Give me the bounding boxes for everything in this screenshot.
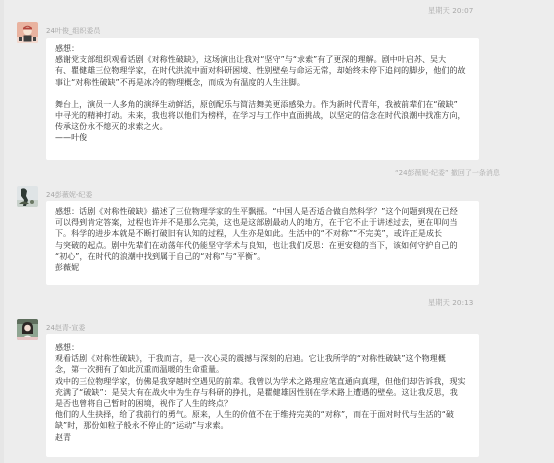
message-line: 充满了“破缺”：是吴大有在战火中为生存与科研的挣扎，是瞿健雄因性别在学术路上遭遇… [55, 387, 470, 398]
recall-notice: “24彭薇妮-纪委” 撤回了一条消息 [395, 168, 500, 178]
message-line: 戏中的三位物理学家，仿佛是我穿越时空遇见的前辈。我曾以为学术之路理应笔直通向真理… [55, 376, 470, 387]
message-line: 感想： [55, 43, 470, 54]
message-signature: ——叶俊 [55, 132, 470, 143]
message-bubble[interactable]: 感想：话剧《对称性破缺》描述了三位物理学家的生平飘摇。“中国人是否适合做自然科学… [46, 201, 479, 285]
message-line: 传承这份永不熄灭的求索之火。 [55, 121, 470, 132]
window-left-edge [0, 0, 4, 463]
sender-name: 24叶俊_组织委员 [46, 26, 100, 36]
message-line: 事让“对称性破缺”不再是冰冷的物理概念，而成为有温度的人生注脚。 [55, 77, 470, 88]
avatar[interactable] [17, 319, 38, 340]
message-line: 感想：话剧《对称性破缺》描述了三位物理学家的生平飘摇。“中国人是否适合做自然科学… [55, 206, 470, 217]
timestamp: 星期天 20:13 [428, 298, 473, 308]
message-line: 感谢党支部组织观看话剧《对称性破缺》，这场演出让我对“坚守”与“求索”有了更深的… [55, 54, 470, 65]
message-line: “初心”，在时代的浪潮中找到属于自己的“对称”与“平衡”。 [55, 251, 470, 262]
message-line: 缺”时，那份如粒子般永不停止的“运动”与求索。 [55, 420, 470, 431]
message-line: 有、瞿健雄三位物理学家，在时代洪流中面对科研困境、性别壁垒与命运无常，却始终未停… [55, 65, 470, 76]
message-line: 中寻光的精神打动。未来，我也将以他们为榜样，在学习与工作中直面挑战，以坚定的信念… [55, 110, 470, 121]
avatar-landscape-figure-icon [17, 186, 38, 207]
message-line: 念，第一次拥有了如此沉重而温暖的生命重量。 [55, 364, 470, 375]
message-signature: 赵青 [55, 432, 470, 443]
avatar-girl-photo-icon [17, 319, 38, 340]
message-signature: 彭薇妮 [55, 262, 470, 273]
message-line: 与突破的起点。剧中先辈们在动荡年代仍能坚守学术与良知，也让我们反思：在更安稳的当… [55, 240, 470, 251]
message-line: 观看话剧《对称性破缺》，于我而言，是一次心灵的震撼与深刻的启迪。它让我所学的“对… [55, 353, 470, 364]
message-line: 是否也曾将自己暂时的困境，视作了人生的终点？ [55, 398, 470, 409]
avatar[interactable] [17, 22, 38, 43]
paragraph-gap [55, 88, 470, 99]
message-line: 下。科学的进步本就是不断打破旧有认知的过程，人生亦是如此。生活中的“不对称”“不… [55, 228, 470, 239]
message-bubble[interactable]: 感想： 感谢党支部组织观看话剧《对称性破缺》，这场演出让我对“坚守”与“求索”有… [46, 38, 479, 160]
avatar-boy-cartoon-icon [17, 22, 38, 43]
timestamp: 星期天 20:07 [428, 6, 473, 16]
sender-name: 24彭薇妮-纪委 [46, 190, 92, 200]
message-line: 他们的人生抉择，给了我前行的勇气。原来，人生的价值不在于维持完美的“对称”，而在… [55, 409, 470, 420]
message-bubble[interactable]: 感想： 观看话剧《对称性破缺》，于我而言，是一次心灵的震撼与深刻的启迪。它让我所… [46, 334, 479, 457]
message-line: 舞台上，演员一人多角的演绎生动鲜活，原创配乐与简洁舞美更添感染力。作为新时代青年… [55, 99, 470, 110]
message-line: 感想： [55, 342, 470, 353]
message-line: 可以得到肯定答案，过程也许并不是那么完美，这也是这部剧最动人的地方，在于它不止于… [55, 217, 470, 228]
sender-name: 24赵青-宣委 [46, 323, 85, 333]
avatar[interactable] [17, 186, 38, 207]
